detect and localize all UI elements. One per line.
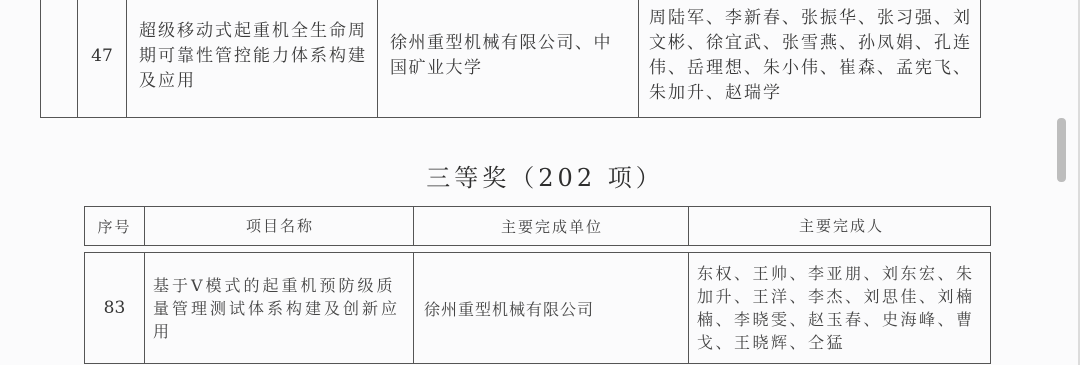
row-number: 83 [85, 253, 145, 364]
project-name: 基于V模式的起重机预防级质量管理测试体系构建及创新应用 [145, 253, 414, 364]
row-number: 47 [78, 0, 127, 118]
header-number: 序号 [85, 207, 145, 246]
completion-persons: 东权、王帅、李亚朋、刘东宏、朱加升、王洋、李杰、刘思佳、刘楠楠、李晓雯、赵玉春、… [689, 253, 991, 364]
completion-units: 徐州重型机械有限公司、中国矿业大学 [378, 0, 639, 118]
header-units: 主要完成单位 [414, 207, 689, 246]
completion-units: 徐州重型机械有限公司 [414, 253, 689, 364]
table-row: 83 基于V模式的起重机预防级质量管理测试体系构建及创新应用 徐州重型机械有限公… [85, 253, 991, 364]
row-number-cell [41, 0, 78, 118]
table-header-row: 序号 项目名称 主要完成单位 主要完成人 [85, 207, 991, 246]
section-title-third-prize: 三等奖（202 项） [0, 158, 1080, 193]
row-separator [85, 246, 991, 253]
table-gap [85, 246, 991, 253]
header-persons: 主要完成人 [689, 207, 991, 246]
third-prize-table: 序号 项目名称 主要完成单位 主要完成人 83 基于V模式的起重机预防级质量管理… [84, 206, 991, 364]
scrollbar-thumb[interactable] [1057, 118, 1066, 182]
header-project-name: 项目名称 [145, 207, 414, 246]
project-name: 超级移动式起重机全生命周期可靠性管控能力体系构建及应用 [127, 0, 378, 118]
completion-persons: 周陆军、李新春、张振华、张习强、刘文彬、徐宜武、张雪燕、孙凤娟、孔连伟、岳理想、… [639, 0, 981, 118]
table-row: 47 超级移动式起重机全生命周期可靠性管控能力体系构建及应用 徐州重型机械有限公… [41, 0, 981, 118]
previous-award-table: 47 超级移动式起重机全生命周期可靠性管控能力体系构建及应用 徐州重型机械有限公… [40, 0, 981, 118]
